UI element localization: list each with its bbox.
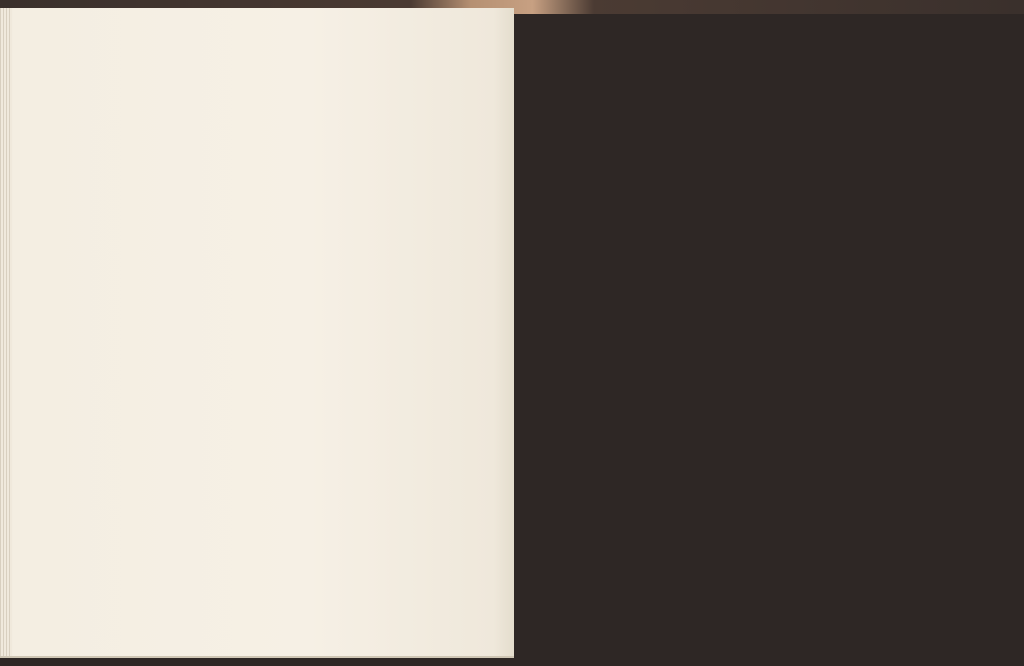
left-page-edges [0, 8, 12, 656]
left-page [0, 8, 514, 658]
open-book [0, 8, 1024, 656]
